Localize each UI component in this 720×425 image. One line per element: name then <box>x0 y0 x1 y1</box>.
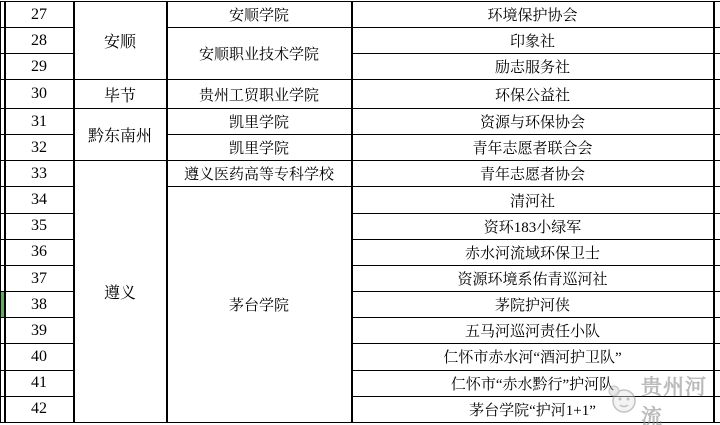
school-cell[interactable]: 贵州工贸职业学院 <box>167 80 352 109</box>
gutter-cell <box>714 344 720 370</box>
gutter-cell <box>714 370 720 396</box>
org-cell[interactable]: 青年志愿者协会 <box>352 161 714 187</box>
org-cell[interactable]: 仁怀市赤水河“酒河护卫队” <box>352 344 714 370</box>
gutter-cell <box>714 187 720 213</box>
org-cell[interactable]: 青年志愿者联合会 <box>352 135 714 161</box>
table-row: 30 毕节 贵州工贸职业学院 环保公益社 <box>1 80 720 109</box>
org-cell[interactable]: 五马河巡河责任小队 <box>352 318 714 344</box>
org-cell[interactable]: 环保公益社 <box>352 80 714 109</box>
region-cell[interactable]: 安顺 <box>74 2 167 80</box>
org-cell[interactable]: 资源环境系佑青巡河社 <box>352 265 714 291</box>
row-number-cell[interactable]: 31 <box>5 109 74 135</box>
org-cell[interactable]: 资环183小绿军 <box>352 213 714 239</box>
org-cell[interactable]: 环境保护协会 <box>352 2 714 28</box>
org-cell[interactable]: 茅台学院“护河1+1” <box>352 396 714 422</box>
gutter-cell <box>714 2 720 28</box>
row-number-cell[interactable]: 41 <box>5 370 74 396</box>
gutter-cell <box>714 54 720 80</box>
spreadsheet-page: 27 安顺 安顺学院 环境保护协会 28 安顺职业技术学院 印象社 29 励志服… <box>0 0 720 425</box>
gutter-cell <box>714 396 720 422</box>
row-number-cell[interactable]: 27 <box>5 2 74 28</box>
table-row: 27 安顺 安顺学院 环境保护协会 <box>1 2 720 28</box>
row-number-cell[interactable]: 35 <box>5 213 74 239</box>
gutter-cell <box>714 80 720 109</box>
org-cell[interactable]: 励志服务社 <box>352 54 714 80</box>
region-cell[interactable]: 毕节 <box>74 80 167 109</box>
row-number-cell[interactable]: 28 <box>5 28 74 54</box>
org-cell[interactable]: 仁怀市“赤水黔行”护河队 <box>352 370 714 396</box>
gutter-cell <box>714 265 720 291</box>
org-cell[interactable]: 资源与环保协会 <box>352 109 714 135</box>
gutter-cell <box>714 161 720 187</box>
row-number-cell[interactable]: 32 <box>5 135 74 161</box>
row-number-cell[interactable]: 29 <box>5 54 74 80</box>
row-number-cell[interactable]: 33 <box>5 161 74 187</box>
region-cell[interactable]: 黔东南州 <box>74 109 167 161</box>
org-cell[interactable]: 印象社 <box>352 28 714 54</box>
row-number-cell[interactable]: 38 <box>5 292 74 318</box>
org-cell[interactable]: 赤水河流域环保卫士 <box>352 239 714 265</box>
school-cell[interactable]: 安顺学院 <box>167 2 352 28</box>
row-number-cell[interactable]: 30 <box>5 80 74 109</box>
org-cell[interactable]: 清河社 <box>352 187 714 213</box>
gutter-cell <box>714 239 720 265</box>
row-number-cell[interactable]: 42 <box>5 396 74 422</box>
gutter-cell <box>714 213 720 239</box>
gutter-cell <box>714 292 720 318</box>
gutter-cell <box>714 28 720 54</box>
row-number-cell[interactable]: 37 <box>5 265 74 291</box>
row-number-cell[interactable]: 39 <box>5 318 74 344</box>
row-number-cell[interactable]: 40 <box>5 344 74 370</box>
gutter-cell <box>714 109 720 135</box>
row-number-cell[interactable]: 36 <box>5 239 74 265</box>
school-cell[interactable]: 茅台学院 <box>167 187 352 423</box>
gutter-cell <box>714 318 720 344</box>
table-row: 33 遵义 遵义医药高等专科学校 青年志愿者协会 <box>1 161 720 187</box>
school-cell[interactable]: 凯里学院 <box>167 135 352 161</box>
school-cell[interactable]: 遵义医药高等专科学校 <box>167 161 352 187</box>
data-table: 27 安顺 安顺学院 环境保护协会 28 安顺职业技术学院 印象社 29 励志服… <box>0 1 720 423</box>
table-row: 31 黔东南州 凯里学院 资源与环保协会 <box>1 109 720 135</box>
school-cell[interactable]: 安顺职业技术学院 <box>167 28 352 80</box>
gutter-cell <box>714 135 720 161</box>
school-cell[interactable]: 凯里学院 <box>167 109 352 135</box>
row-number-cell[interactable]: 34 <box>5 187 74 213</box>
region-cell[interactable]: 遵义 <box>74 161 167 423</box>
org-cell[interactable]: 茅院护河侠 <box>352 292 714 318</box>
